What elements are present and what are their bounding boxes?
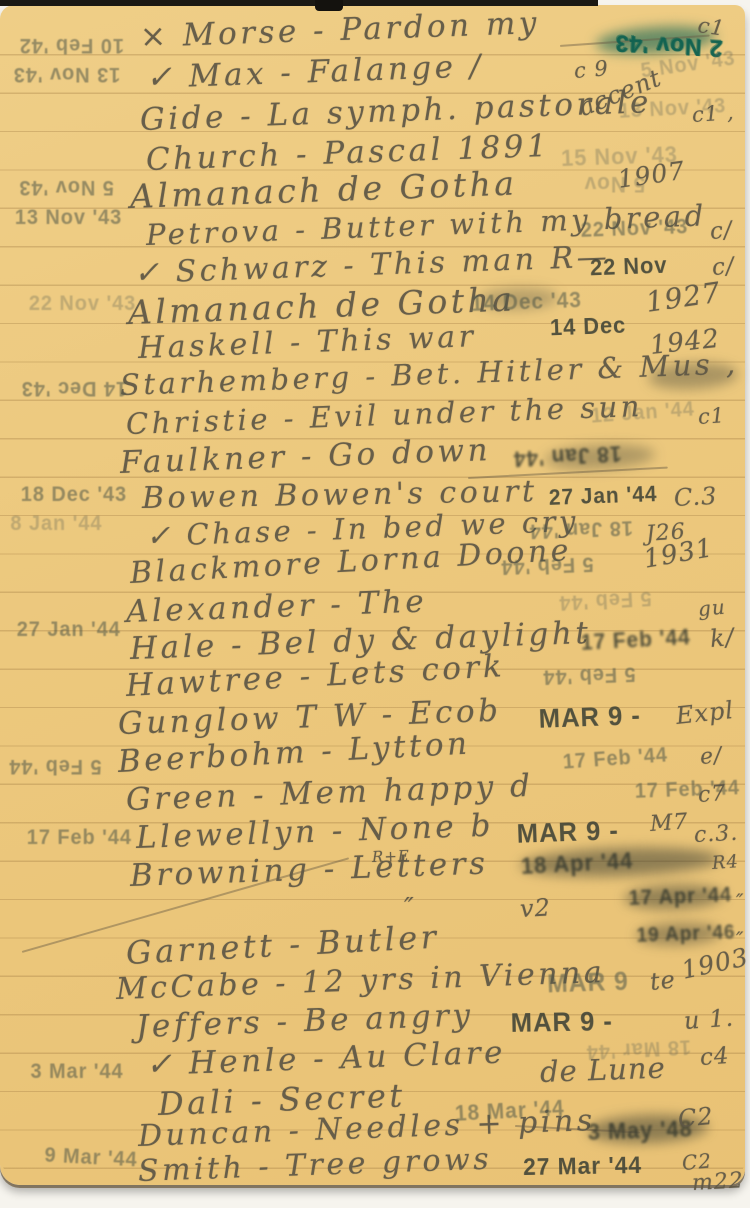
- margin-date-stamp: 13 Nov '43: [13, 62, 120, 86]
- pencil-annotation: v2: [519, 893, 551, 923]
- overlay-date-stamp: 27 Jan '44: [548, 481, 657, 511]
- margin-date-stamp: 10 Feb '42: [19, 33, 124, 57]
- pencil-annotation: m22: [691, 1168, 744, 1196]
- pencil-annotation: c 9: [573, 56, 610, 83]
- margin-date-stamp: 3 Mar '44: [30, 1060, 123, 1084]
- pencil-annotation: 1903: [679, 942, 750, 984]
- margin-date-stamp: 14 Dec '43: [21, 376, 127, 400]
- overlay-date-stamp: 14 Dec: [550, 312, 627, 342]
- margin-date-stamp: 17 Feb '44: [27, 826, 132, 850]
- handwritten-entry: ✓ Max - Falange /: [145, 48, 484, 96]
- overlay-date-stamp: 5 Feb '44: [500, 551, 594, 578]
- overlay-date-stamp: 22 Nov '43: [580, 215, 688, 243]
- pencil-annotation: 1927: [644, 276, 723, 319]
- pencil-annotation: e/: [699, 743, 724, 770]
- pencil-annotation: c1 ,: [691, 100, 735, 127]
- scanned-card-page: { "card": { "kind": "handwritten reading…: [0, 0, 750, 1208]
- pencil-annotation: c.3.: [693, 821, 739, 848]
- pencil-annotation: R+E: [372, 847, 410, 866]
- margin-date-stamp: 22 Nov '43: [29, 292, 136, 316]
- overlay-date-stamp: 18 Jan '44: [512, 440, 622, 472]
- overlay-date-stamp: MAR 9: [547, 966, 630, 1000]
- pencil-annotation: te: [649, 965, 678, 996]
- margin-date-stamp: 9 Mar '44: [44, 1144, 138, 1173]
- pencil-annotation: c4: [699, 1043, 730, 1071]
- margin-date-stamp: 27 Jan '44: [17, 618, 121, 642]
- pencil-annotation: R4: [711, 851, 739, 874]
- margin-date-stamp: 13 Nov '43: [15, 206, 122, 230]
- scan-edge-nub: [315, 0, 343, 11]
- handwritten-entry: Faulkner - Go down: [119, 432, 491, 481]
- overlay-date-stamp: MAR 9 -: [516, 815, 619, 850]
- index-card: × Morse - Pardon my✓ Max - Falange /Gide…: [0, 5, 745, 1185]
- margin-date-stamp: 5 Feb '44: [8, 754, 101, 778]
- overlay-date-stamp: 17 Apr '44: [628, 883, 732, 911]
- overlay-date-stamp: 18 Apr '44: [520, 847, 634, 880]
- pencil-annotation: c/: [709, 217, 734, 245]
- overlay-date-stamp: 19 Apr '46: [636, 921, 736, 947]
- pencil-annotation: ″: [736, 889, 744, 913]
- pencil-annotation: C2: [677, 1102, 715, 1133]
- pencil-annotation: Expl: [675, 696, 736, 730]
- margin-date-stamp: 18 Dec '43: [21, 483, 127, 507]
- pencil-annotation: ″: [404, 893, 415, 923]
- overlay-date-stamp: MAR 9 -: [510, 1006, 613, 1039]
- pencil-annotation: C.3: [673, 482, 718, 512]
- overlay-date-stamp: 27 Mar '44: [523, 1152, 642, 1182]
- margin-date-stamp: 5 Nov '43: [19, 175, 114, 199]
- overlay-date-stamp: 5 Feb '44: [558, 586, 652, 615]
- overlay-date-stamp: 22 Nov: [590, 252, 668, 282]
- overlay-date-stamp: MAR 9 -: [538, 700, 641, 735]
- pencil-annotation: u 1.: [683, 1004, 735, 1035]
- pencil-annotation: c7: [697, 781, 727, 808]
- overlay-date-stamp: 14 Dec '43: [470, 287, 582, 317]
- pencil-annotation: c1: [696, 13, 726, 41]
- pencil-annotation: k/: [709, 623, 736, 653]
- overlay-date-stamp: 17 Feb '44: [580, 624, 691, 656]
- pencil-annotation: de Lune: [539, 1051, 666, 1089]
- pencil-annotation: gu: [697, 595, 727, 621]
- pencil-annotation: M7: [649, 809, 689, 837]
- overlay-date-stamp: 17 Feb '44: [562, 743, 669, 774]
- margin-date-stamp: 8 Jan '44: [10, 512, 102, 536]
- scan-edge-strip: [0, 0, 598, 6]
- overlay-date-stamp: 18 Jan '44: [528, 515, 633, 543]
- pencil-annotation: c1: [697, 403, 726, 429]
- overlay-date-stamp: 5 Feb '44: [542, 661, 636, 688]
